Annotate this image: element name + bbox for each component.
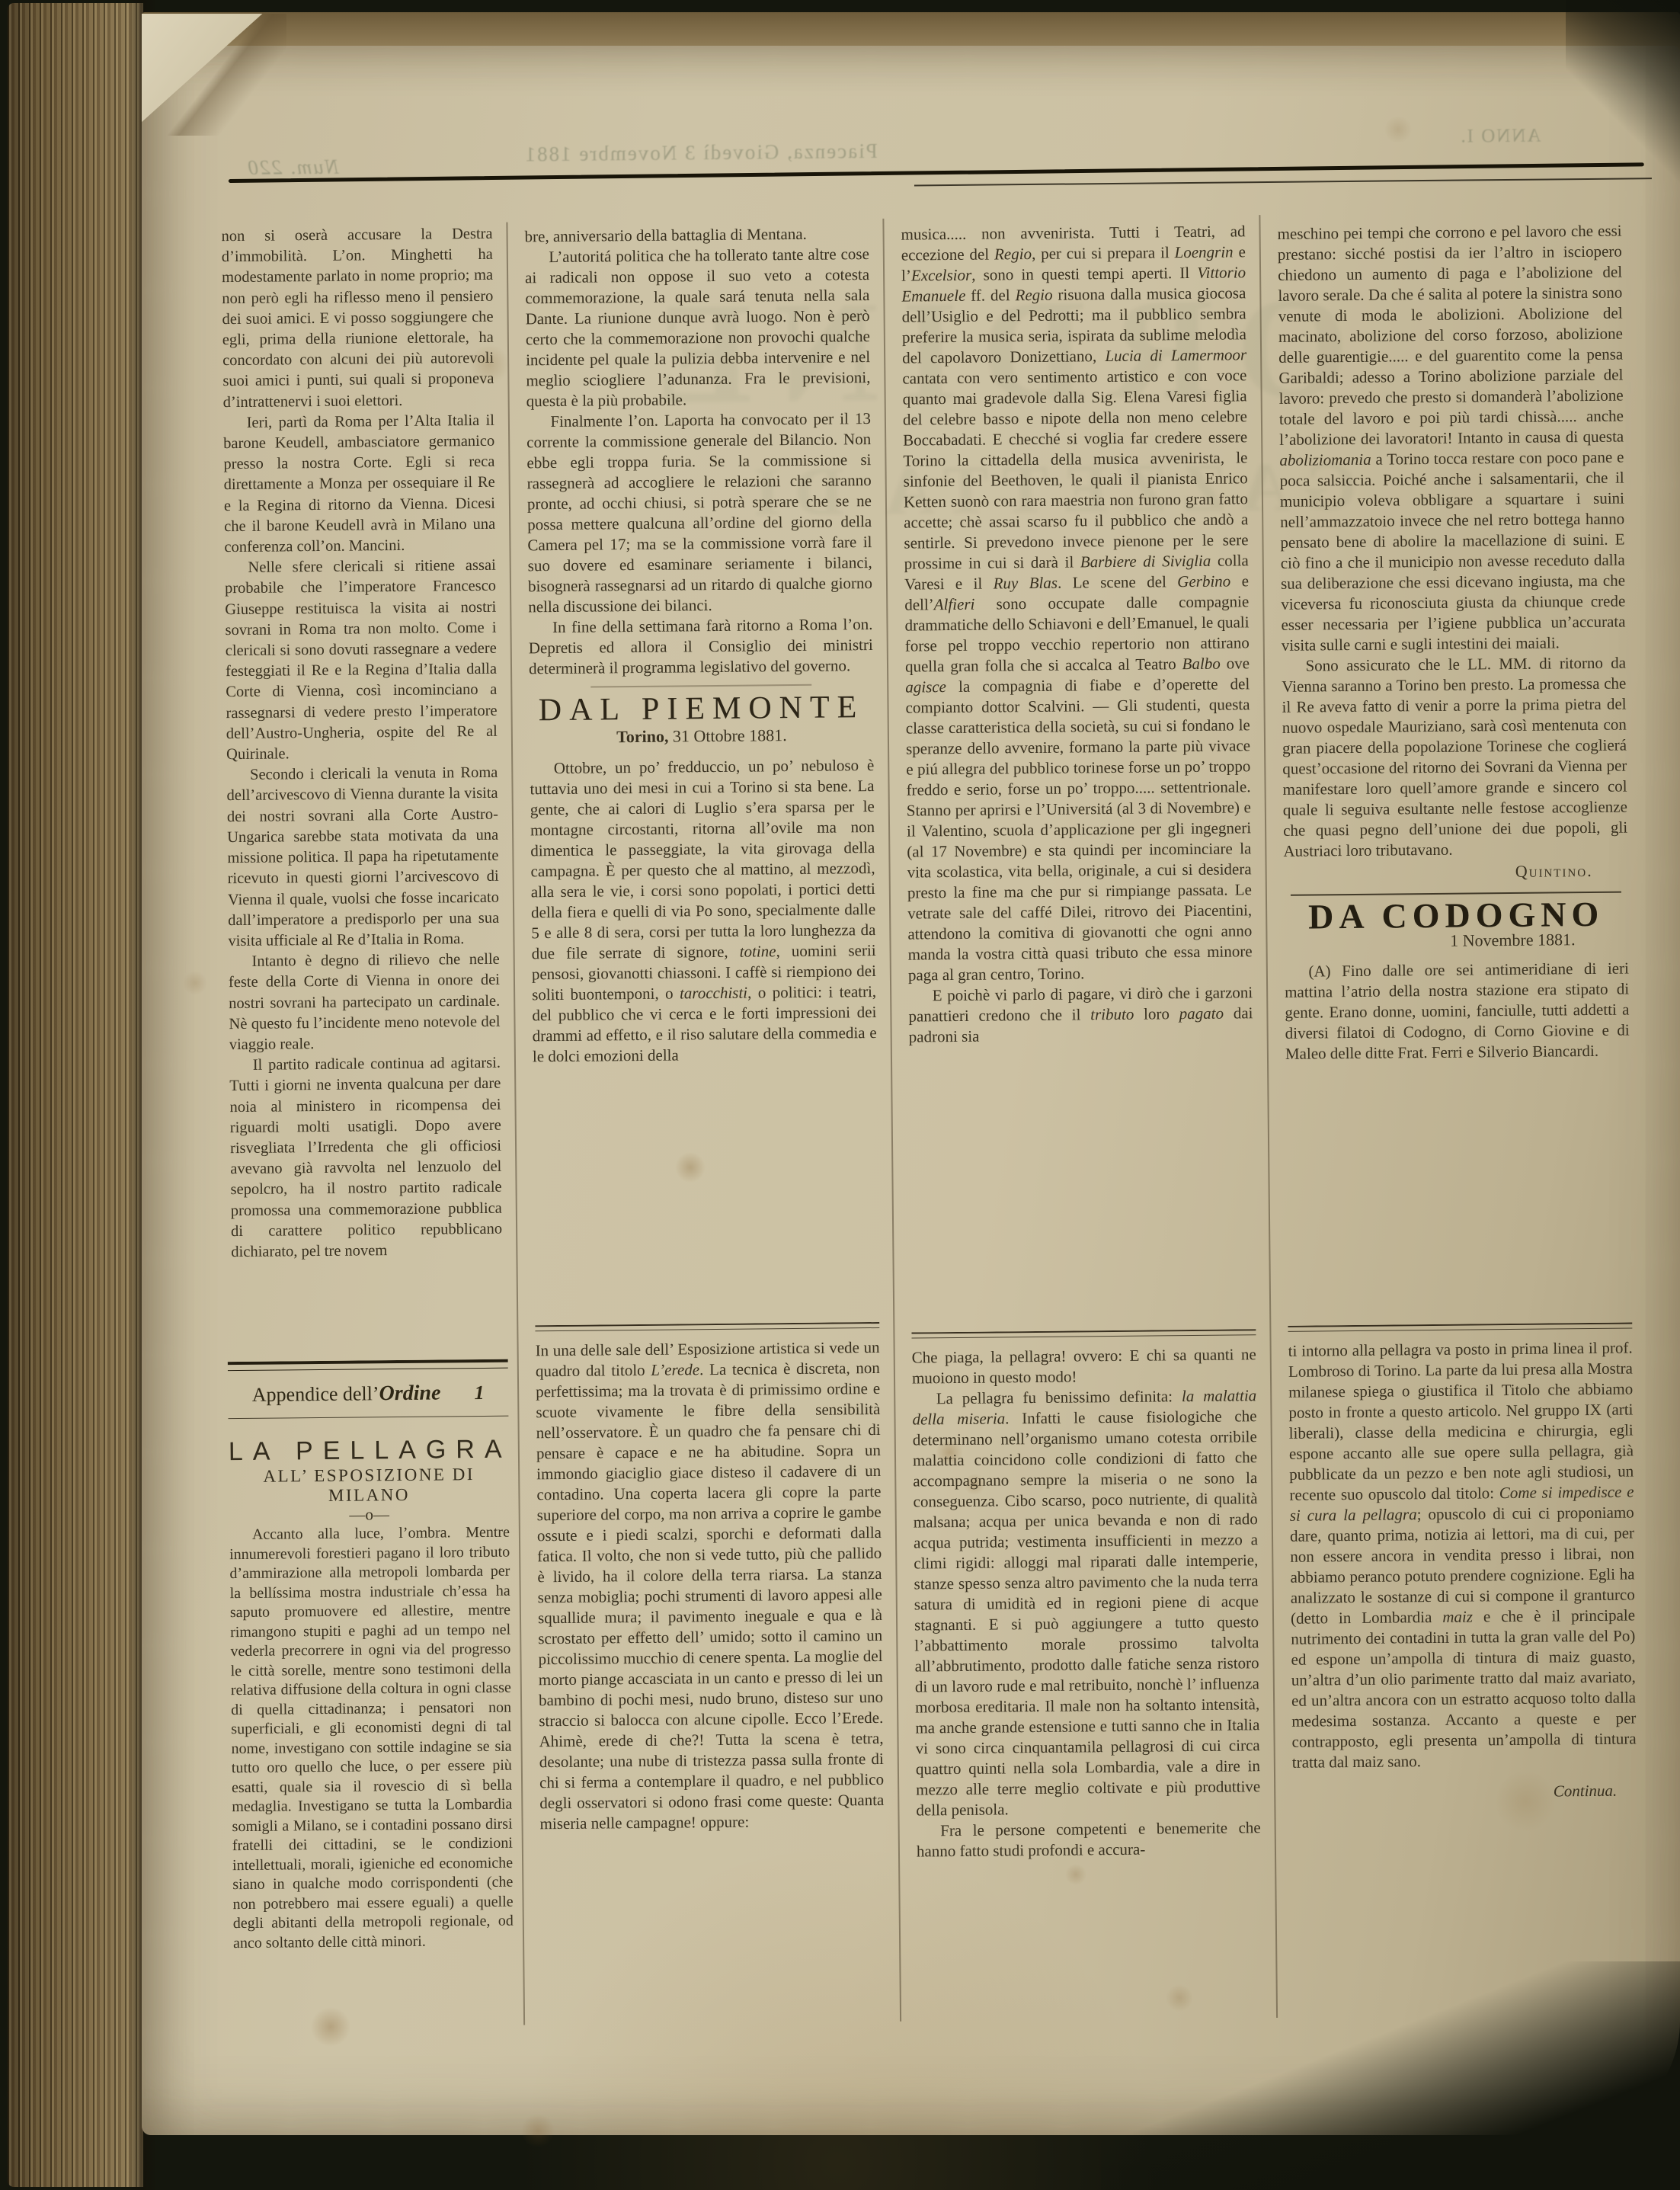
ghost-running-title: Piacenza, Giovedì 3 Novembre 1881 <box>523 139 877 166</box>
paragraph: In una delle sale dell’ Esposizione arti… <box>536 1337 885 1834</box>
appendix-column-1-text: Accanto alla luce, l’ombra. Mentre innum… <box>229 1523 514 1954</box>
paragraph: Accanto alla luce, l’ombra. Mentre innum… <box>229 1523 514 1954</box>
paragraph: Finalmente l’on. Laporta ha convocato pe… <box>526 408 873 617</box>
appendix-divider-rule <box>535 1322 879 1331</box>
signature: Quintino. <box>1284 860 1628 884</box>
main-column-2: bre, anniversario della battaglia di Men… <box>524 223 879 1322</box>
paragraph: bre, anniversario della battaglia di Men… <box>524 223 869 247</box>
appendix-header-rule <box>228 1359 508 1372</box>
divider-rule <box>591 684 811 688</box>
paragraph: E poichè vi parlo di pagare, vi dirò che… <box>908 982 1253 1047</box>
paragraph: Ottobre, un po’ fredduccio, un po’ nebul… <box>530 755 877 1067</box>
scanned-newspaper-page: Num. 220 Piacenza, Giovedì 3 Novembre 18… <box>0 0 1680 2190</box>
paragraph: non si oserà accusare la Destra d’immobi… <box>221 224 494 413</box>
section-heading-da-codogno: DA CODOGNO <box>1284 904 1628 927</box>
paragraph: musica..... non avvenirista. Tutti i Tea… <box>901 221 1253 985</box>
ghost-year-label: ANNO I. <box>1459 126 1541 148</box>
masthead-rule-secondary <box>914 178 1652 186</box>
feuilleton-ornament: —o— <box>229 1504 510 1526</box>
paragraph: Il partito radicale continua ad agitarsi… <box>229 1053 503 1263</box>
printed-content: Num. 220 Piacenza, Giovedì 3 Novembre 18… <box>0 0 1680 2190</box>
appendix-divider-rule <box>911 1329 1256 1338</box>
ghost-issue-number: Num. 220 <box>247 155 339 180</box>
main-column-3: musica..... non avvenirista. Tutti i Tea… <box>901 221 1256 1330</box>
appendix-divider-rule <box>1288 1322 1632 1331</box>
paragraph: Secondo i clericali la venuta in Roma de… <box>226 763 499 952</box>
appendix-column-1: Appendice dell’Ordine1 LA PELLAGRA ALL’ … <box>228 1359 514 2035</box>
continua-note: Continua. <box>1292 1780 1637 1804</box>
appendix-journal-name: Ordine <box>379 1381 440 1405</box>
dateline: Torino, 31 Ottobre 1881. <box>530 724 874 748</box>
paragraph: In fine della settimana farà ritorno a R… <box>528 614 873 679</box>
section-heading-dal-piemonte: DAL PIEMONTE <box>529 697 873 721</box>
paragraph: Fra le persone competenti e benemerite c… <box>917 1817 1261 1862</box>
appendix-column-2: In una delle sale dell’ Esposizione arti… <box>535 1322 886 2017</box>
feuilleton-subtitle: ALL’ ESPOSIZIONE DI MILANO <box>229 1465 509 1507</box>
paragraph: meschino pei tempi che corrono e pel lav… <box>1277 221 1625 656</box>
paragraph: L’autoritá politica che ha tollerato tan… <box>525 244 871 411</box>
main-column-1: non si oserà accusare la Destra d’immobi… <box>221 224 503 1360</box>
paragraph: Intanto è degno di rilievo che nelle fes… <box>229 949 501 1055</box>
paragraph: Che piaga, la pellagra! ovvero: E chi sa… <box>912 1344 1256 1388</box>
appendix-column-3: Che piaga, la pellagra! ovvero: E chi sa… <box>911 1329 1262 2018</box>
appendix-header: Appendice dell’Ordine1 <box>228 1381 508 1408</box>
paragraph: La pellagra fu benissimo definita: la ma… <box>912 1385 1260 1820</box>
appendix-header-underline <box>228 1416 508 1420</box>
paragraph: (A) Fino dalle ore sei antimeridiane di … <box>1285 958 1630 1064</box>
paragraph: ti intorno alla pellagra va posto in pri… <box>1288 1337 1637 1772</box>
paragraph: Nelle sfere clericali si ritiene assai p… <box>225 556 498 765</box>
main-column-4: meschino pei tempi che corrono e pel lav… <box>1277 221 1632 1323</box>
paragraph: Sono assicurato che le LL. MM. di ritorn… <box>1282 653 1628 862</box>
appendix-column-number: 1 <box>474 1382 484 1404</box>
paragraph: Ieri, partì da Roma per l’Alta Italia il… <box>223 411 496 559</box>
feuilleton-title: LA PELLAGRA <box>229 1435 509 1468</box>
appendix-column-4: ti intorno alla pellagra va posto in pri… <box>1288 1322 1639 2011</box>
appendix-header-prefix: Appendice dell’ <box>252 1382 379 1406</box>
